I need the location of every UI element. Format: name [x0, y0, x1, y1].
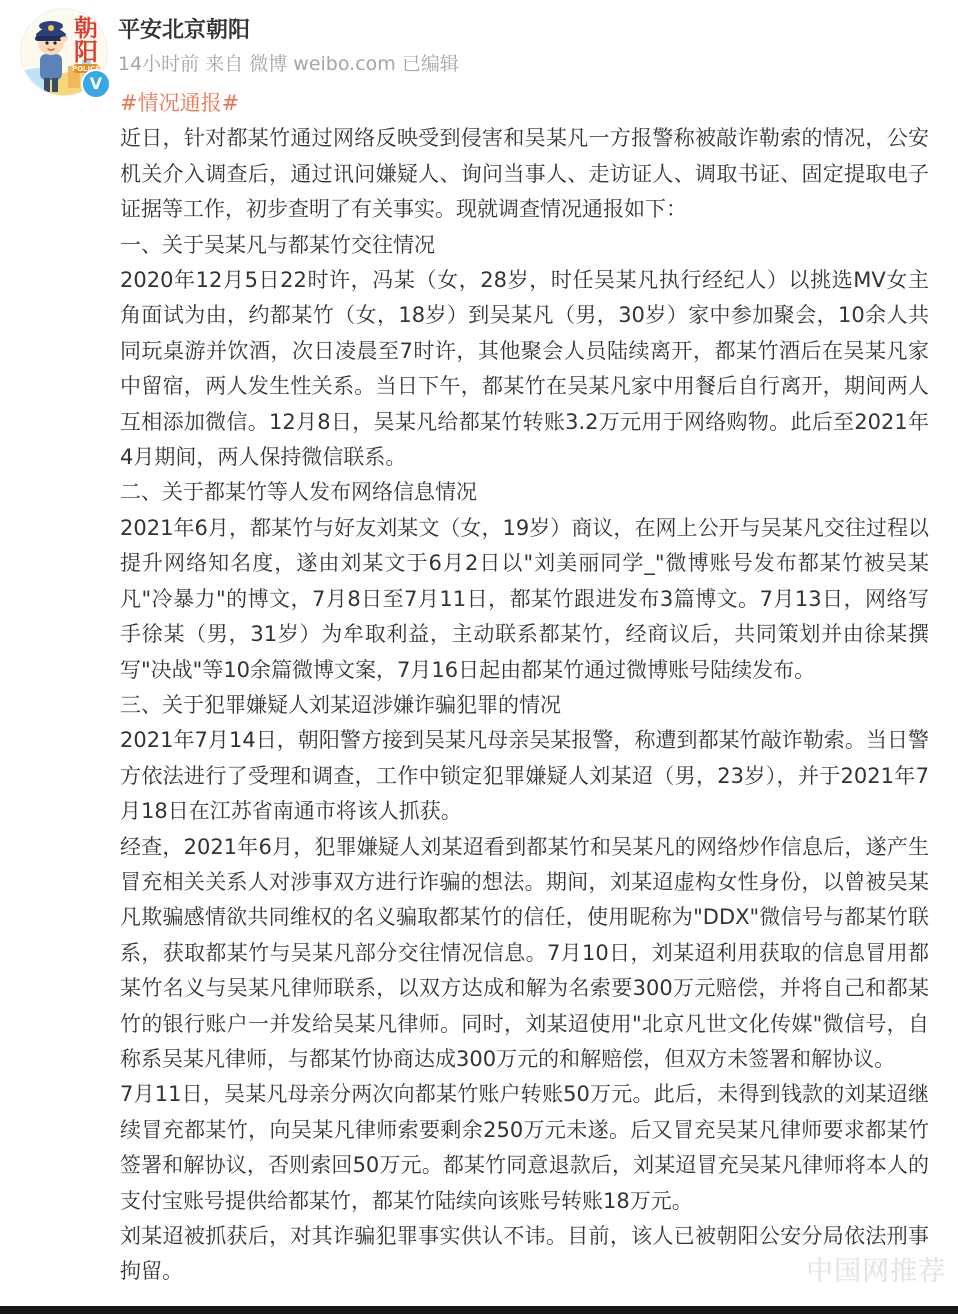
post-paragraph: 一、关于吴某凡与都某竹交往情况	[120, 228, 929, 263]
post-paragraph: 2020年12月5日22时许，冯某（女，28岁，时任吴某凡执行经纪人）以挑选MV…	[120, 263, 929, 475]
post-body: 近日，针对都某竹通过网络反映受到侵害和吴某凡一方报警称被敲诈勒索的情况，公安机关…	[120, 121, 929, 1289]
post-paragraph: 经查，2021年6月，犯罪嫌疑人刘某迢看到都某竹和吴某凡的网络炒作信息后，遂产生…	[120, 830, 929, 1078]
post-header: 朝 阳 POLICE V 平安北京朝阳 14小时前 来自 微博 weibo.co…	[20, 8, 930, 98]
svg-text:阳: 阳	[74, 38, 98, 66]
bottom-black-bar	[0, 1306, 958, 1314]
hashtag-link[interactable]: #情况通报#	[120, 86, 929, 121]
post-content: #情况通报# 近日，针对都某竹通过网络反映受到侵害和吴某凡一方报警称被敲诈勒索的…	[120, 86, 929, 1290]
post-paragraph: 2021年6月，都某竹与好友刘某文（女，19岁）商议，在网上公开与吴某凡交往过程…	[120, 511, 929, 688]
verified-letter: V	[90, 76, 102, 92]
post-meta-line: 14小时前 来自 微博 weibo.com 已编辑	[118, 51, 459, 77]
post-paragraph: 刘某迢被抓获后，对其诈骗犯罪事实供认不讳。目前，该人已被朝阳公安分局依法刑事拘留…	[120, 1219, 929, 1290]
post-paragraph: 二、关于都某竹等人发布网络信息情况	[120, 475, 929, 510]
post-paragraph: 三、关于犯罪嫌疑人刘某迢涉嫌诈骗犯罪的情况	[120, 688, 929, 723]
post-paragraph: 近日，针对都某竹通过网络反映受到侵害和吴某凡一方报警称被敲诈勒索的情况，公安机关…	[120, 121, 929, 227]
author-name[interactable]: 平安北京朝阳	[118, 16, 459, 46]
avatar[interactable]: 朝 阳 POLICE V	[20, 8, 108, 96]
header-text: 平安北京朝阳 14小时前 来自 微博 weibo.com 已编辑	[118, 16, 459, 77]
post-paragraph: 2021年7月14日，朝阳警方接到吴某凡母亲吴某报警，称遭到都某竹敲诈勒索。当日…	[120, 723, 929, 829]
weibo-post-page: 朝 阳 POLICE V 平安北京朝阳 14小时前 来自 微博 weibo.co…	[0, 0, 958, 1314]
post-paragraph: 7月11日，吴某凡母亲分两次向都某竹账户转账50万元。此后，未得到钱款的刘某迢继…	[120, 1077, 929, 1219]
verified-badge-icon: V	[81, 69, 111, 99]
